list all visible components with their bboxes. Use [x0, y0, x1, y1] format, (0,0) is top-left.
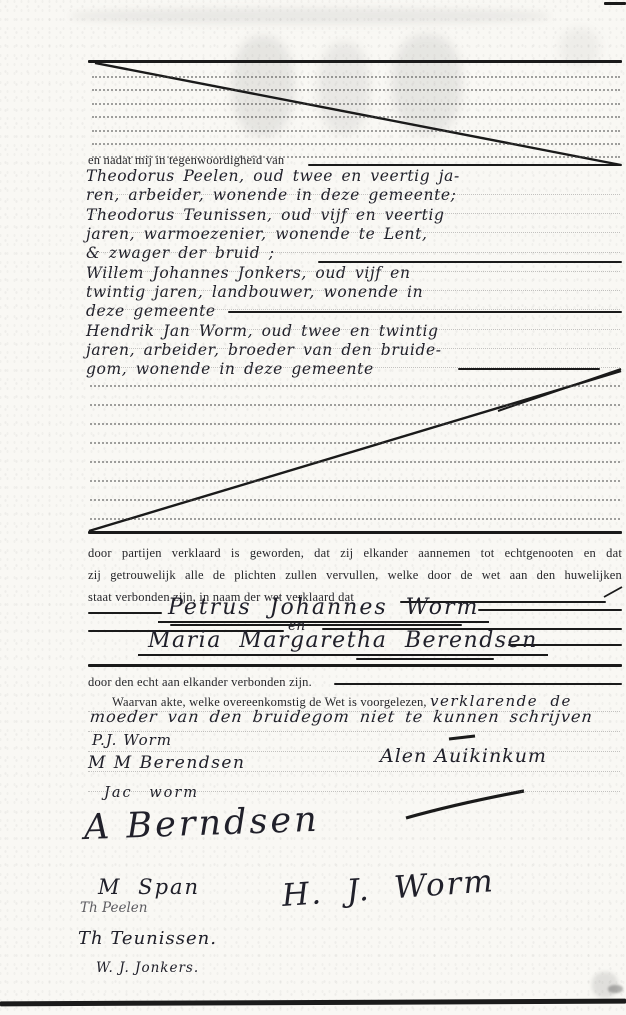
- witness-line: & zwager der bruid ;: [86, 244, 626, 263]
- signature-th-teunissen: Th Teunissen.: [78, 928, 217, 949]
- page-bottom-bar: [0, 999, 626, 1007]
- ruled-line: [90, 385, 620, 387]
- ruled-line: [90, 442, 620, 444]
- ruled-line: [90, 461, 620, 463]
- signature-pj-worm: P.J. Worm: [92, 731, 172, 749]
- ruled-line: [90, 480, 620, 482]
- scanned-marriage-record-page: en nadat mij in tegenwoordigheid van The…: [0, 0, 626, 1015]
- ruled-line: [90, 518, 620, 520]
- ruled-block-top-line: [88, 60, 622, 63]
- ruled-line: [92, 156, 620, 158]
- ruled-line: [88, 348, 620, 349]
- witness-line: Hendrik Jan Worm, oud twee en twintig: [86, 322, 626, 341]
- bleedthrough-band: [70, 8, 550, 24]
- ruled-line: [92, 103, 620, 105]
- declaration-line-2: zij getrouwelijk alle de plichten zullen…: [88, 568, 622, 583]
- names-bottom-line: [88, 664, 622, 667]
- bleedthrough-smudge: [392, 34, 462, 134]
- ruled-line: [88, 290, 620, 291]
- bond-fill-line: [334, 683, 622, 685]
- bride-name: Maria Margaretha Berendsen: [138, 628, 548, 656]
- witness-line: ren, arbeider, wonende in deze gemeente;: [86, 186, 626, 205]
- ruled-line: [88, 309, 620, 310]
- ruled-line: [88, 232, 620, 233]
- signature-hj-worm: H. J. Worm: [281, 863, 496, 914]
- declaration-line-1: door partijen verklaard is geworden, dat…: [88, 546, 622, 561]
- signature-registrar: Alen Auikinkum: [380, 745, 547, 767]
- groom-left-dash: [88, 612, 162, 614]
- ruled-line: [90, 499, 620, 501]
- witness-line: gom, wonende in deze gemeente: [86, 360, 626, 379]
- signature-th-peelen: Th Peelen: [80, 900, 147, 916]
- ruled-line: [90, 404, 620, 406]
- bride-under-line: [356, 658, 494, 660]
- witness-line: jaren, warmoezenier, wonende te Lent,: [86, 225, 626, 244]
- ruled-line: [88, 252, 620, 253]
- ruled-line: [88, 329, 620, 330]
- ruled-line: [92, 116, 620, 118]
- ruled-line: [92, 89, 620, 91]
- presence-fill-line: [308, 164, 622, 166]
- ruled-line: [92, 76, 620, 78]
- ruled-line: [88, 751, 620, 752]
- corner-mark: [608, 985, 623, 993]
- witness-line: Theodorus Teunissen, oud vijf en veertig: [86, 206, 626, 225]
- witness-line: deze gemeente: [86, 302, 626, 321]
- ruled-line: [90, 423, 620, 425]
- top-right-mark: [604, 2, 626, 5]
- signature-jac-worm: Jac worm: [104, 785, 199, 801]
- ruled-line: [92, 130, 620, 132]
- bleedthrough-smudge: [232, 36, 294, 136]
- groom-right-line: [478, 609, 622, 611]
- witness-line: Theodorus Peelen, oud twee en veertig ja…: [86, 167, 626, 186]
- witness-line: jaren, arbeider, broeder van den bruide-: [86, 341, 626, 360]
- cannot-write-note: moeder van den bruidegom niet te kunnen …: [89, 707, 594, 726]
- ruled-line: [88, 771, 620, 772]
- witness-line: Willem Johannes Jonkers, oud vijf en: [86, 264, 626, 283]
- bond-statement-text: door den echt aan elkander verbonden zij…: [88, 675, 312, 690]
- groom-name: Petrus Johannes Worm: [158, 595, 489, 623]
- ruled-line: [88, 791, 620, 792]
- ruled-line: [88, 213, 620, 214]
- ruled-line: [88, 711, 620, 712]
- signature-mm-berendsen: M M Berendsen: [88, 753, 245, 773]
- signature-a-berndsen: A Berndsen: [83, 800, 320, 848]
- bleedthrough-smudge: [318, 42, 370, 134]
- ruled-line: [88, 731, 620, 732]
- signature-wj-jonkers: W. J. Jonkers.: [96, 960, 199, 976]
- mid-block-bottom-line: [88, 531, 622, 534]
- witness-line: twintig jaren, landbouwer, wonende in: [86, 283, 626, 302]
- ruled-line: [92, 143, 620, 145]
- signature-m-span: M Span: [98, 875, 200, 899]
- ruled-line: [88, 194, 620, 195]
- ruled-line: [88, 367, 620, 368]
- ruled-line: [88, 271, 620, 272]
- groom-under-line: [170, 624, 462, 626]
